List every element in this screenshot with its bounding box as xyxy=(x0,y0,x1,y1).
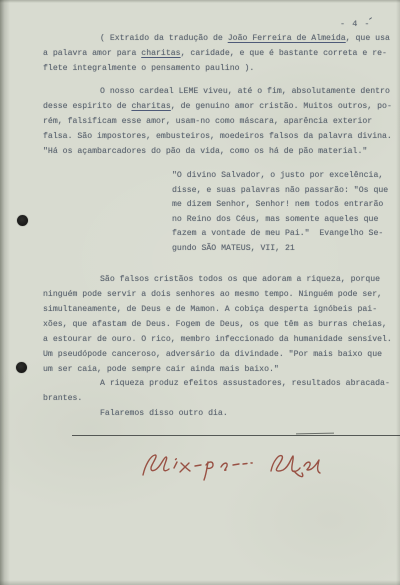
typed-text-segment: um ser caia, pode sempre cair ainda mais… xyxy=(43,365,279,374)
typed-text-segment: brantes. xyxy=(43,394,82,403)
paper-edge-top-shadow xyxy=(0,0,400,3)
paragraph-falsos-cristaos: São falsos cristãos todos os que adoram … xyxy=(43,272,392,377)
typed-text-segment: xões, que afastam de Deus. Fogem de Deus… xyxy=(43,320,387,329)
typed-text-segment: "Há os açambarcadores do pão da vida, co… xyxy=(43,147,367,156)
typed-line: O nosso cardeal LEME viveu, até o fim, a… xyxy=(43,84,392,99)
typed-line: gundo SÃO MATEUS, VII, 21 xyxy=(172,242,388,257)
typed-text-segment: disse, e suas palavras não passarão: "Os… xyxy=(172,186,388,195)
typed-line: ( Extraido da tradução de João Ferreira … xyxy=(43,31,390,46)
typed-text-segment: , caridade, e que é bastante correta e r… xyxy=(181,49,387,58)
underlined-text: charitas xyxy=(141,49,180,58)
page-number: - 4 - xyxy=(340,19,371,29)
typed-text-segment: A riqueza produz efeitos assustadores, r… xyxy=(100,379,390,388)
typed-line: disse, e suas palavras não passarão: "Os… xyxy=(172,184,388,199)
typed-text-segment: a palavra amor para xyxy=(43,49,141,58)
typed-line: rém, falsificam esse amor, usam-no como … xyxy=(43,114,392,129)
typed-line: fazem a vontade de meu Pai." Evangelho S… xyxy=(172,227,388,242)
typed-line: São falsos cristãos todos os que adoram … xyxy=(43,272,392,287)
typed-text-segment: "O divino Salvador, o justo por excelênc… xyxy=(172,171,383,180)
typed-line: me dizem Senhor, Senhor! nem todos entra… xyxy=(172,198,388,213)
paragraph-riqueza: A riqueza produz efeitos assustadores, r… xyxy=(43,376,390,406)
typed-line: no Reino dos Céus, mas somente aqueles q… xyxy=(172,213,388,228)
typed-line: a estourar de ouro. O rico, membro infec… xyxy=(43,332,392,347)
typed-line: brantes. xyxy=(43,391,390,406)
typed-text-segment: a estourar de ouro. O rico, membro infec… xyxy=(43,335,392,344)
typed-text-segment: me dizem Senhor, Senhor! nem todos entra… xyxy=(172,200,383,209)
hole-punch-top xyxy=(17,215,28,226)
paragraph-gospel-quote: "O divino Salvador, o justo por excelênc… xyxy=(172,169,388,256)
typed-line: flete integralmente o pensamento paulino… xyxy=(43,61,390,76)
typed-text-segment: Falaremos disso outro dia. xyxy=(100,409,228,418)
typed-text-segment: rém, falsificam esse amor, usam-no como … xyxy=(43,117,372,126)
typed-line: "Há os açambarcadores do pão da vida, co… xyxy=(43,144,392,159)
typed-text-segment: no Reino dos Céus, mas somente aqueles q… xyxy=(172,215,378,224)
typed-text-segment: fazem a vontade de meu Pai." Evangelho S… xyxy=(172,229,383,238)
typed-line: A riqueza produz efeitos assustadores, r… xyxy=(43,376,390,391)
paper-edge-right-shadow xyxy=(396,0,400,585)
signature-scribble-icon xyxy=(136,444,326,484)
typed-text-segment: ninguém pode servir a dois senhores ao m… xyxy=(43,290,382,299)
typed-line: a palavra amor para charitas, caridade, … xyxy=(43,46,390,61)
typed-text-segment: , que usa xyxy=(346,34,390,43)
underlined-text: charitas xyxy=(131,102,170,111)
typed-line: Um pseudópode canceroso, adversário da d… xyxy=(43,347,392,362)
typed-line: simultaneamente, de Deus e de Mamon. A c… xyxy=(43,302,392,317)
typed-text-segment: São falsos cristãos todos os que adoram … xyxy=(100,275,380,284)
paragraph-intro-note: ( Extraido da tradução de João Ferreira … xyxy=(43,31,390,76)
typed-line: um ser caia, pode sempre cair ainda mais… xyxy=(43,362,392,377)
separator-rule xyxy=(72,435,400,436)
paper-edge-left-shadow xyxy=(0,0,10,585)
typed-line: xões, que afastam de Deus. Fogem de Deus… xyxy=(43,317,392,332)
typed-text-segment: simultaneamente, de Deus e de Mamon. A c… xyxy=(43,305,377,314)
typed-text-segment: falsa. São impostores, embusteiros, moed… xyxy=(43,132,392,141)
typed-line: desse espirito de charitas, de genuino a… xyxy=(43,99,392,114)
typed-text-segment: desse espirito de xyxy=(43,102,131,111)
typed-text-segment: flete integralmente o pensamento paulino… xyxy=(43,64,254,73)
typed-line: "O divino Salvador, o justo por excelênc… xyxy=(172,169,388,184)
handwritten-signature xyxy=(136,444,326,484)
paragraph-cardeal-leme: O nosso cardeal LEME viveu, até o fim, a… xyxy=(43,84,392,159)
typed-line: ninguém pode servir a dois senhores ao m… xyxy=(43,287,392,302)
typed-text-segment: O nosso cardeal LEME viveu, até o fim, a… xyxy=(100,87,390,96)
scanned-page: - 4 - ( Extraido da tradução de João Fer… xyxy=(0,0,400,585)
paper-edge-bottom-shadow xyxy=(0,580,400,585)
typed-text-segment: Um pseudópode canceroso, adversário da d… xyxy=(43,350,382,359)
typed-text-segment: , de genuino amor cristão. Muitos outros… xyxy=(171,102,392,111)
underlined-text: João Ferreira de Almeida xyxy=(228,34,346,43)
typed-line: Falaremos disso outro dia. xyxy=(43,406,228,421)
typed-line: falsa. São impostores, embusteiros, moed… xyxy=(43,129,392,144)
typed-text-segment: gundo SÃO MATEUS, VII, 21 xyxy=(172,244,295,253)
paragraph-closing: Falaremos disso outro dia. xyxy=(43,406,228,421)
typed-text-segment: ( Extraido da tradução de xyxy=(100,34,228,43)
hole-punch-bottom xyxy=(16,362,27,373)
